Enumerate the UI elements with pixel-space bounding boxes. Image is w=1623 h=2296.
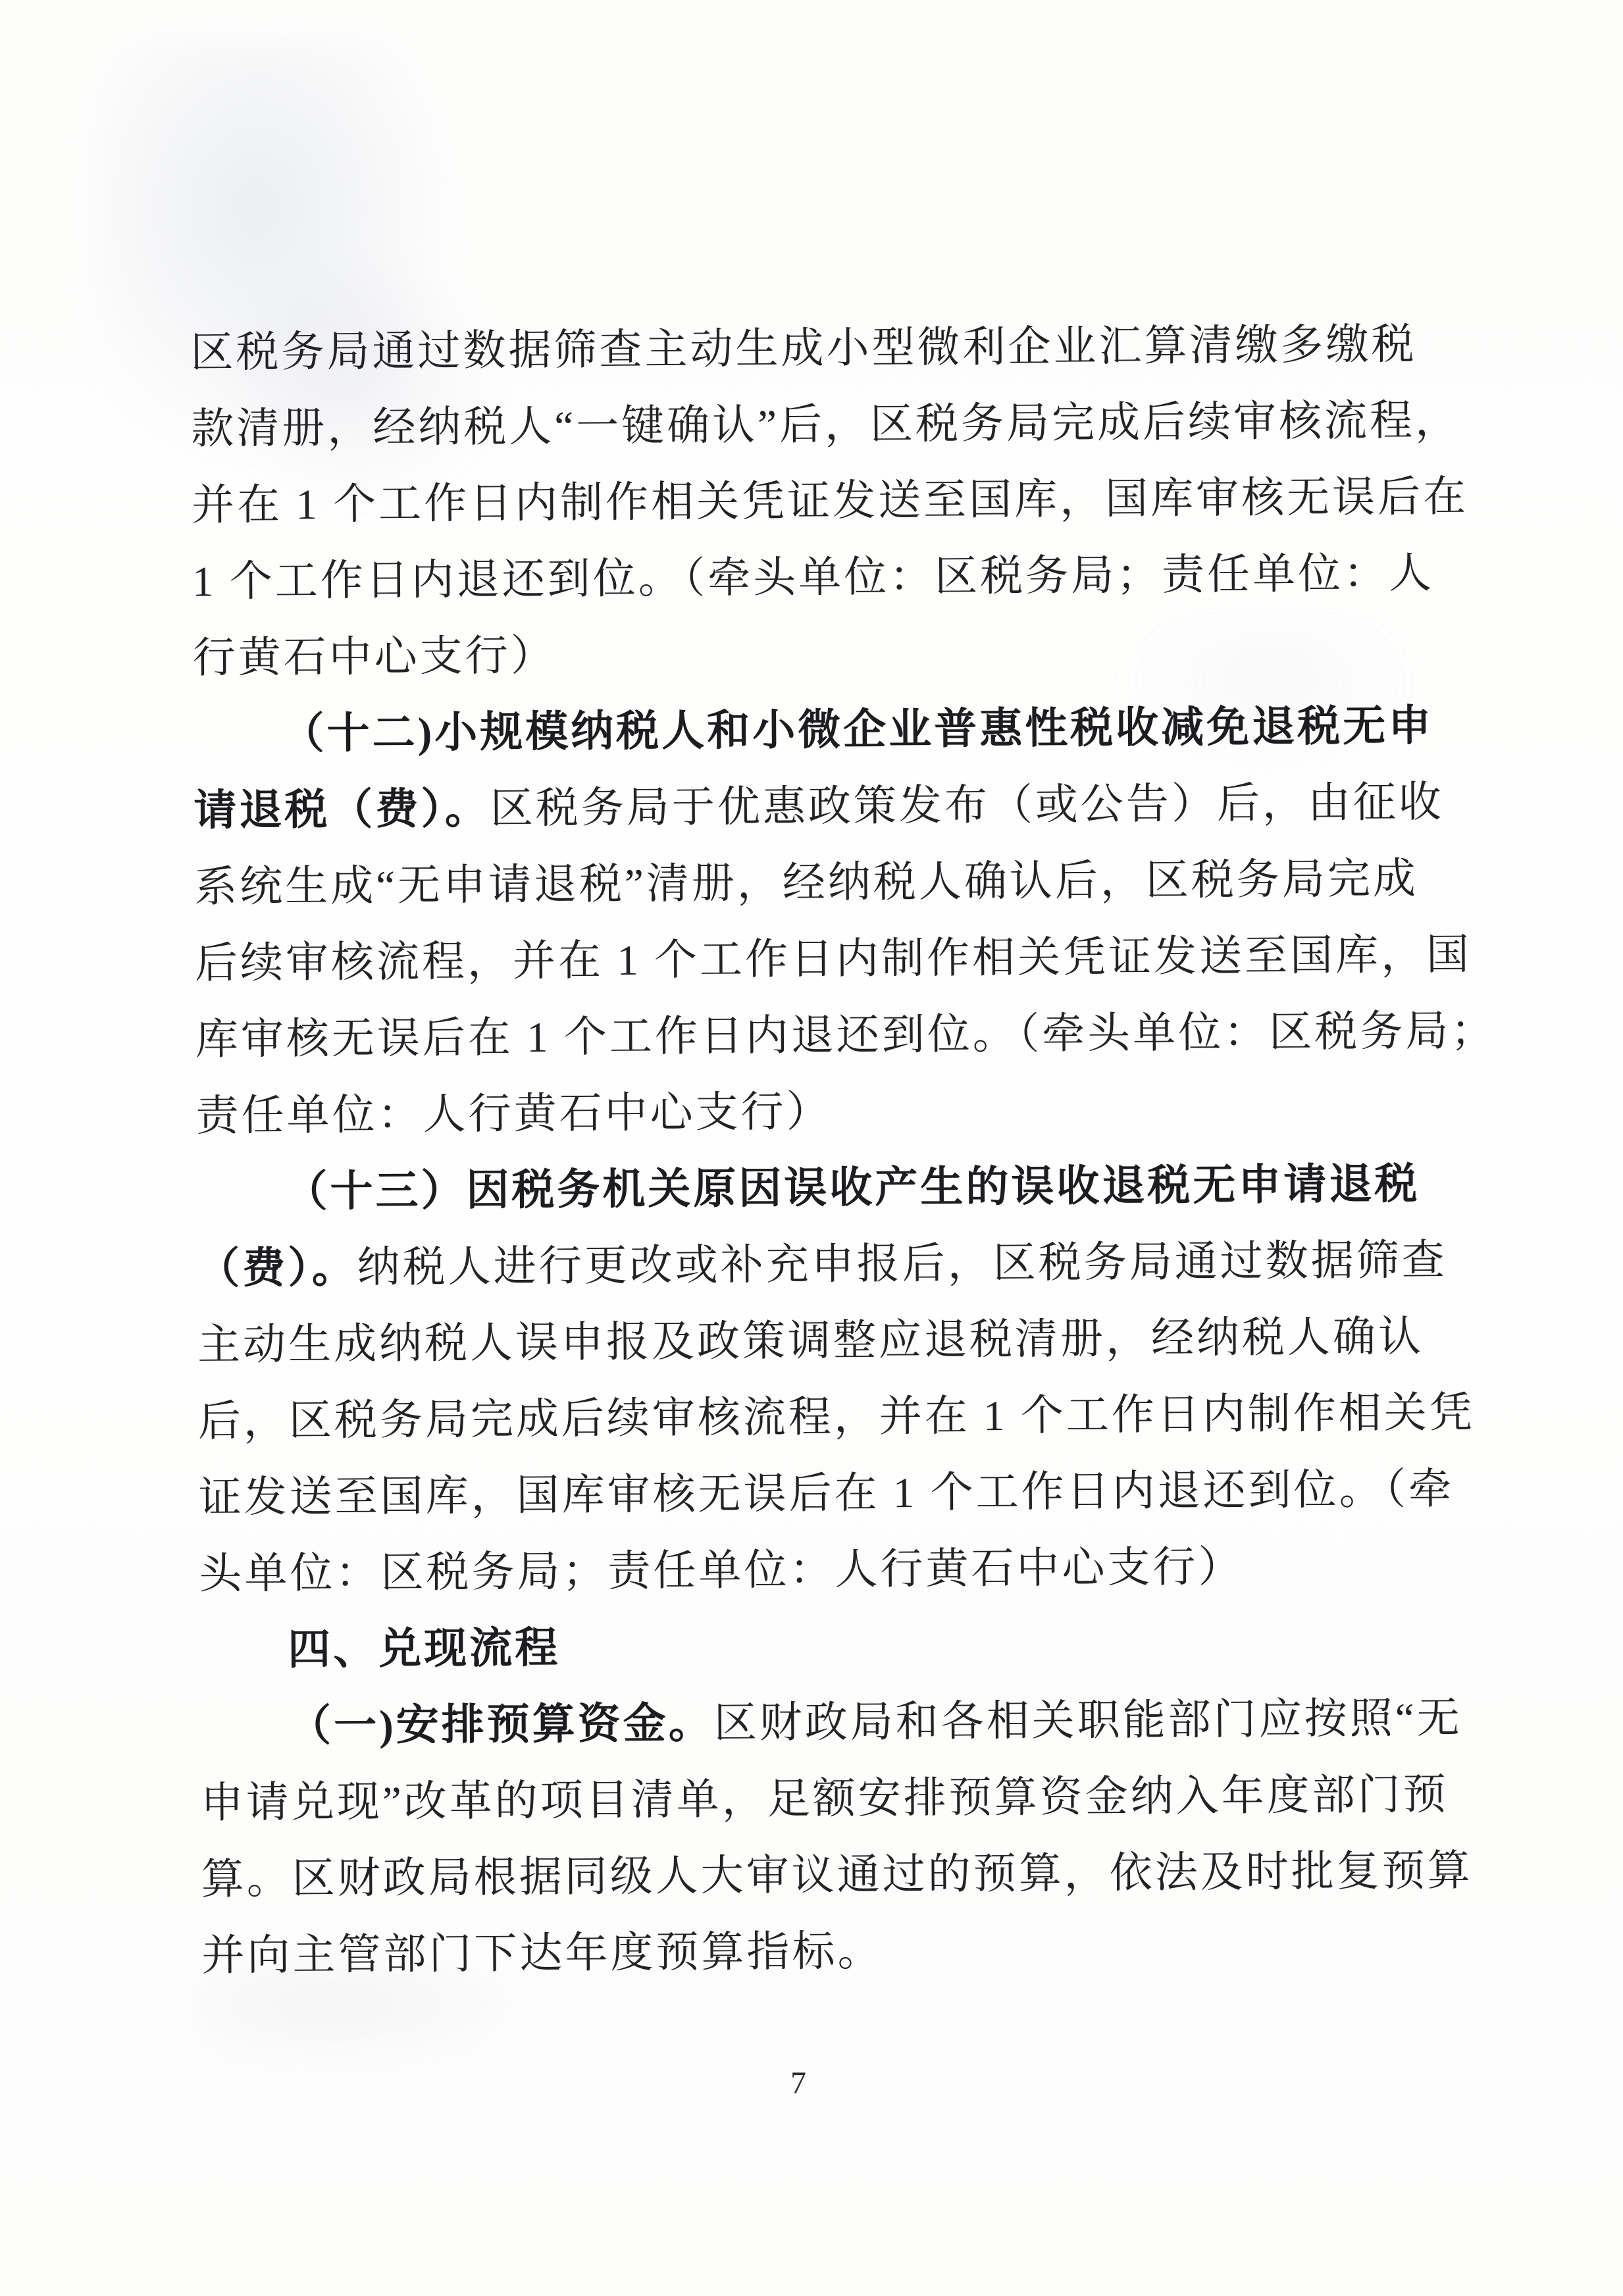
- text-segment: 后续审核流程，并在 1 个工作日内制作相关凭证发送至国库，国: [195, 931, 1472, 988]
- text-segment: 1 个工作日内退还到位。（牵头单位：区税务局；责任单位：人: [192, 549, 1435, 605]
- text-line: 头单位：区税务局；责任单位：人行黄石中心支行）: [199, 1527, 1450, 1612]
- text-segment: 证发送至国库，国库审核无误后在 1 个工作日内退还到位。（牵: [198, 1466, 1454, 1521]
- bold-text-segment: （费）。: [197, 1244, 357, 1293]
- text-line: 并向主管部门下达年度预算指标。: [201, 1909, 1453, 1994]
- text-line: 款清册，经纳税人“一键确认”后，区税务局完成后续审核流程，: [191, 382, 1442, 467]
- text-line: （十二)小规模纳税人和小微企业普惠性税收减免退税无申: [193, 688, 1444, 773]
- bold-text-segment: 四、兑现流程: [288, 1625, 561, 1674]
- text-segment: 主动生成纳税人误申报及政策调整应退税清册，经纳税人确认: [197, 1314, 1424, 1369]
- bold-text-segment: （十二)小规模纳税人和小微企业普惠性税收减免退税无申: [281, 702, 1433, 757]
- text-segment: 并在 1 个工作日内制作相关凭证发送至国库，国库审核无误后在: [192, 473, 1468, 530]
- text-segment: 责任单位：人行黄石中心支行）: [195, 1088, 831, 1140]
- bold-text-segment: 请退税（费）。: [193, 786, 490, 835]
- bold-text-segment: （十三）因税务机关原因误收产生的误收退税无申请退税: [284, 1161, 1420, 1216]
- text-line: （十三）因税务机关原因误收产生的误收退税无申请退税: [196, 1146, 1447, 1231]
- text-line: （费）。纳税人进行更改或补充申报后，区税务局通过数据筛查: [197, 1222, 1448, 1307]
- page-number: 7: [0, 2065, 1597, 2101]
- text-segment: 区税务局通过数据筛查主动生成小型微利企业汇算清缴多缴税: [190, 321, 1416, 377]
- text-line: 申请兑现”改革的项目清单，足额安排预算资金纳入年度部门预: [201, 1756, 1452, 1841]
- text-line: 1 个工作日内退还到位。（牵头单位：区税务局；责任单位：人: [192, 535, 1443, 620]
- text-line: 后，区税务局完成后续审核流程，并在 1 个工作日内制作相关凭: [197, 1375, 1449, 1460]
- text-line: 四、兑现流程: [199, 1604, 1451, 1689]
- text-segment: 算。区财政局根据同级人大审议通过的预算，依法及时批复预算: [201, 1847, 1472, 1903]
- text-segment: 并向主管部门下达年度预算指标。: [201, 1927, 883, 1979]
- text-segment: 行黄石中心支行）: [193, 632, 557, 682]
- text-segment: 系统生成“无申请退税”清册，经纳税人确认后，区税务局完成: [194, 855, 1418, 911]
- text-line: 责任单位：人行黄石中心支行）: [195, 1069, 1447, 1154]
- text-line: 请退税（费）。区税务局于优惠政策发布（或公告）后，由征收: [193, 764, 1445, 849]
- text-segment: 款清册，经纳税人“一键确认”后，区税务局完成后续审核流程，: [191, 397, 1460, 453]
- document-page: 区税务局通过数据筛查主动生成小型微利企业汇算清缴多缴税款清册，经纳税人“一键确认…: [0, 0, 1623, 2296]
- body-text: 区税务局通过数据筛查主动生成小型微利企业汇算清缴多缴税款清册，经纳税人“一键确认…: [190, 306, 1453, 1994]
- text-segment: 申请兑现”改革的项目清单，足额安排预算资金纳入年度部门预: [201, 1771, 1449, 1827]
- text-line: 行黄石中心支行）: [192, 611, 1443, 696]
- text-line: 区税务局通过数据筛查主动生成小型微利企业汇算清缴多缴税: [190, 306, 1441, 391]
- text-segment: 头单位：区税务局；责任单位：人行黄石中心支行）: [199, 1544, 1243, 1598]
- text-line: 系统生成“无申请退税”清册，经纳税人确认后，区税务局完成: [194, 840, 1445, 925]
- bold-text-segment: （一)安排预算资金。: [288, 1700, 714, 1750]
- text-segment: 区财政局和各相关职能部门应按照“无: [713, 1695, 1462, 1747]
- text-segment: 纳税人进行更改或补充申报后，区税务局通过数据筛查: [357, 1237, 1447, 1292]
- text-line: 算。区财政局根据同级人大审议通过的预算，依法及时批复预算: [201, 1833, 1452, 1918]
- text-line: 库审核无误后在 1 个工作日内退还到位。（牵头单位：区税务局；: [195, 993, 1446, 1078]
- text-line: 证发送至国库，国库审核无误后在 1 个工作日内退还到位。（牵: [198, 1451, 1449, 1536]
- text-segment: 库审核无误后在 1 个工作日内退还到位。（牵头单位：区税务局；: [195, 1008, 1497, 1064]
- text-line: 主动生成纳税人误申报及政策调整应退税清册，经纳税人确认: [197, 1298, 1449, 1383]
- text-line: 并在 1 个工作日内制作相关凭证发送至国库，国库审核无误后在: [192, 459, 1443, 544]
- text-line: （一)安排预算资金。区财政局和各相关职能部门应按照“无: [200, 1680, 1451, 1765]
- text-line: 后续审核流程，并在 1 个工作日内制作相关凭证发送至国库，国: [195, 917, 1446, 1002]
- text-segment: 区税务局于优惠政策发布（或公告）后，由征收: [490, 778, 1444, 832]
- text-segment: 后，区税务局完成后续审核流程，并在 1 个工作日内制作相关凭: [198, 1389, 1475, 1446]
